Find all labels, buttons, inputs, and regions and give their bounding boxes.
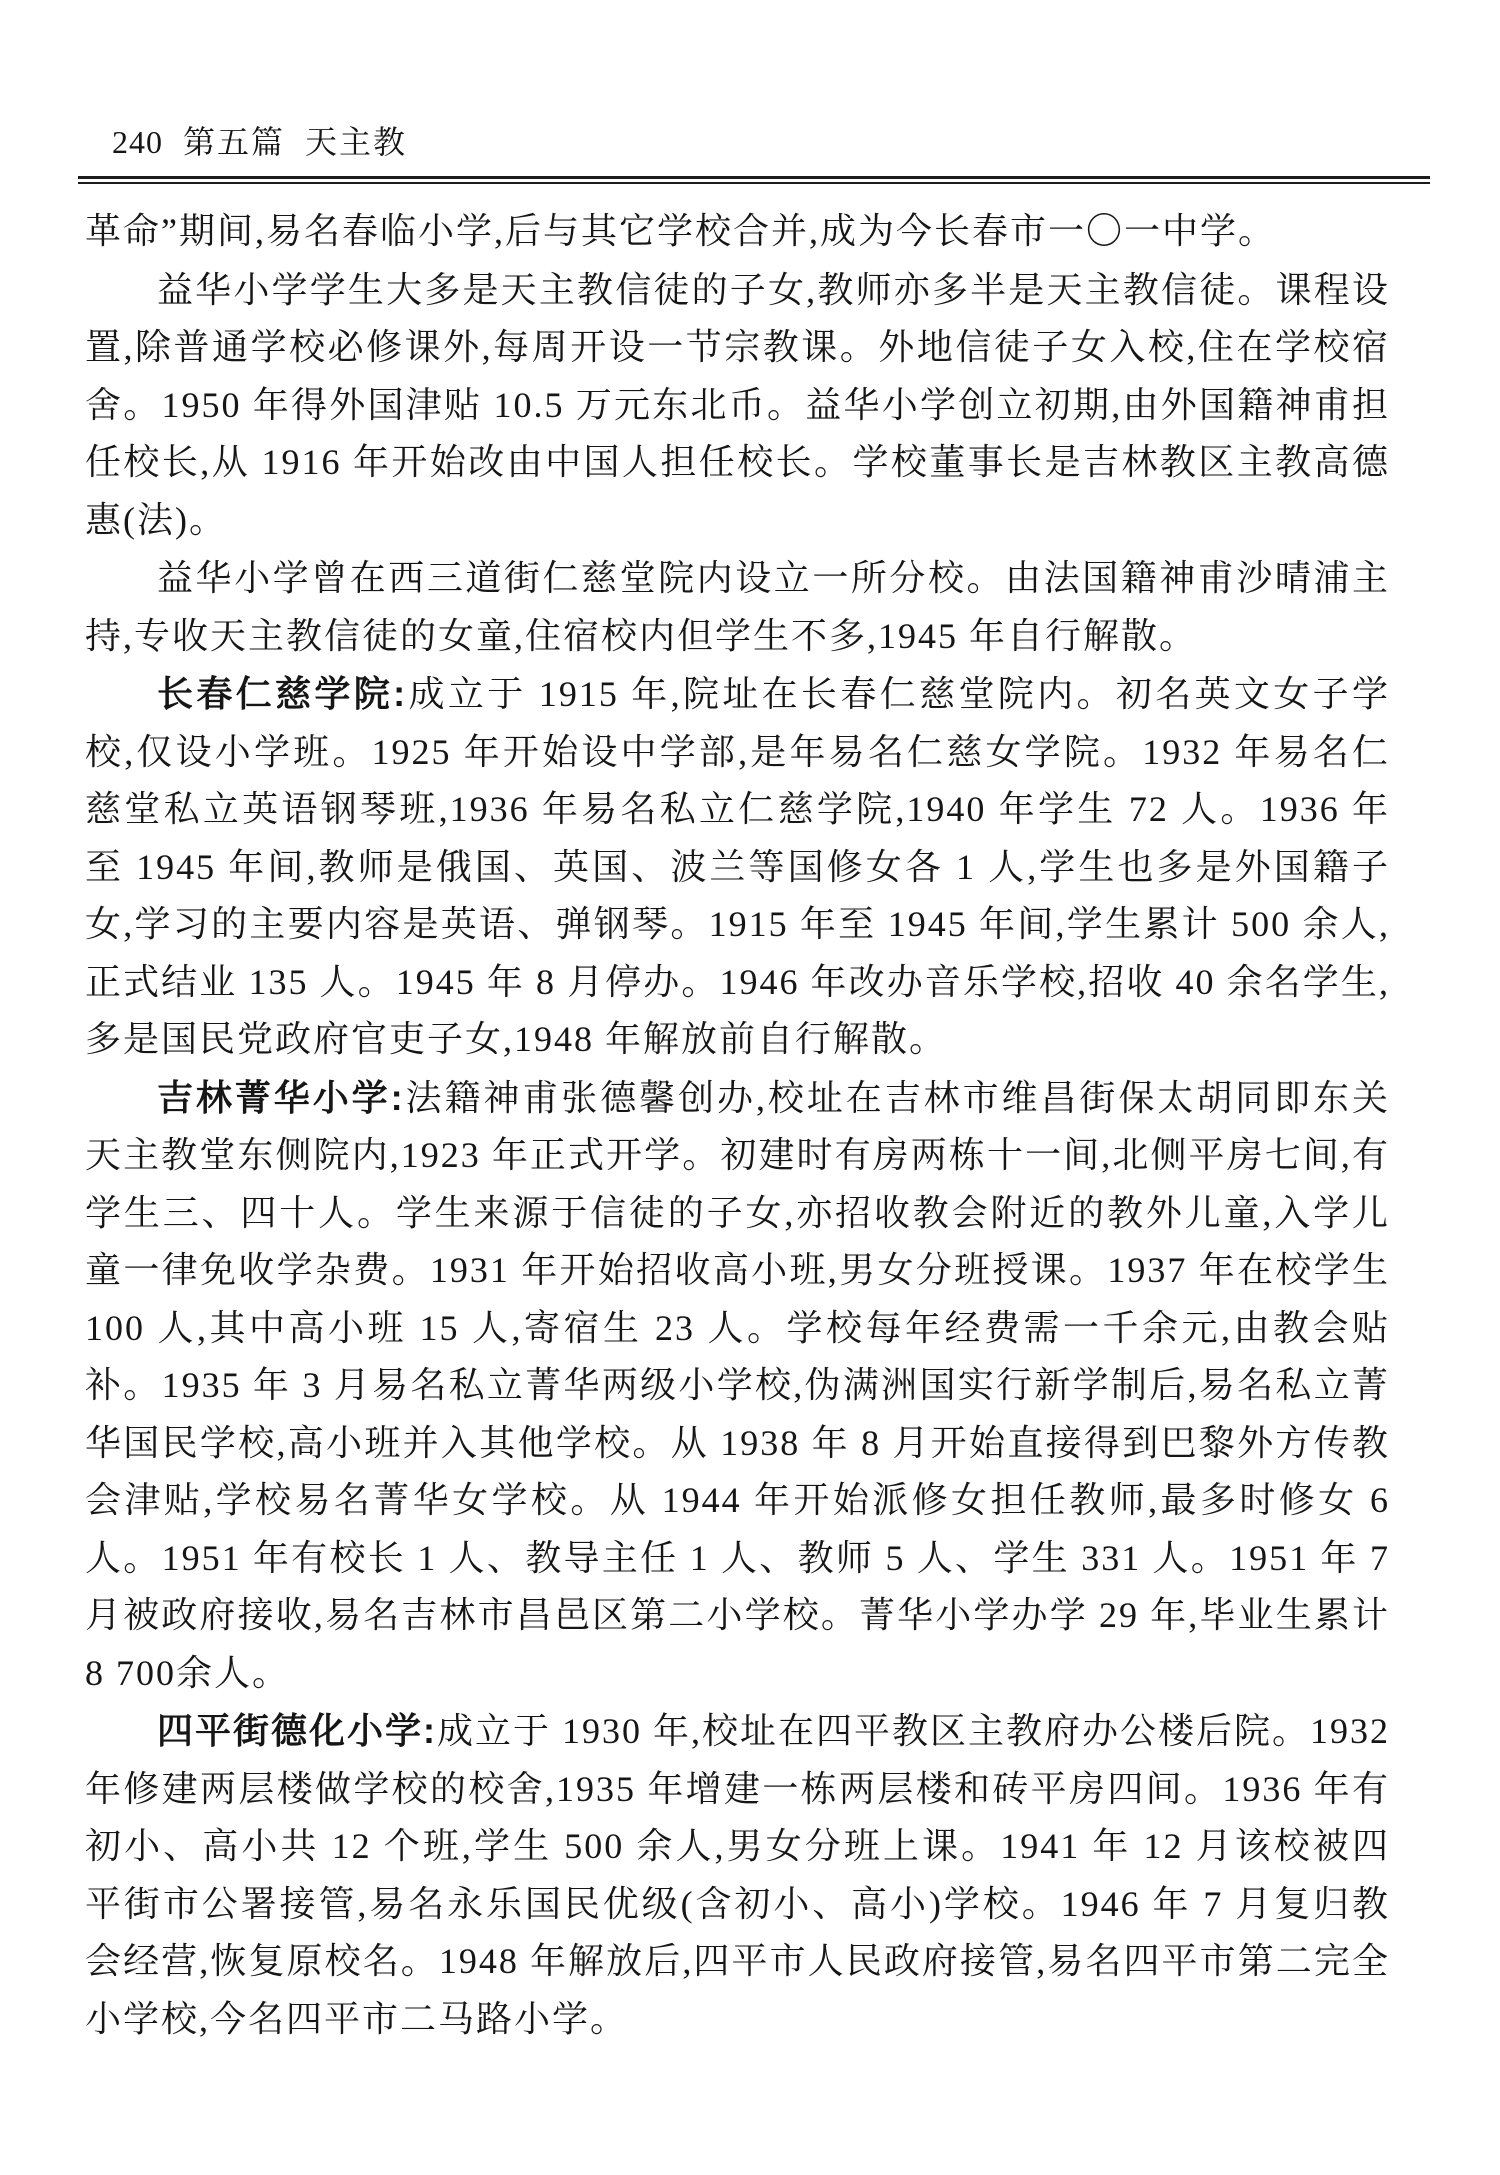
paragraph: 益华小学曾在西三道街仁慈堂院内设立一所分校。由法国籍神甫沙晴浦主持,专收天主教信… xyxy=(85,549,1390,665)
paragraph-lead: 长春仁慈学院: xyxy=(157,673,407,714)
paragraph: 四平街德化小学:成立于 1930 年,校址在四平教区主教府办公楼后院。1932 … xyxy=(85,1702,1390,2048)
body-text: 革命”期间,易名春临小学,后与其它学校合并,成为今长春市一〇一中学。 益华小学学… xyxy=(85,202,1390,2048)
paragraph: 益华小学学生大多是天主教信徒的子女,教师亦多半是天主教信徒。课程设置,除普通学校… xyxy=(85,261,1390,550)
paragraph-lead: 吉林菁华小学: xyxy=(157,1077,405,1118)
section-label: 第五篇 xyxy=(183,124,285,160)
book-page: 240 第五篇 天主教 革命”期间,易名春临小学,后与其它学校合并,成为今长春市… xyxy=(0,0,1500,2175)
header-rule xyxy=(78,176,1430,184)
running-header: 240 第五篇 天主教 xyxy=(112,124,407,160)
paragraph: 吉林菁华小学:法籍神甫张德馨创办,校址在吉林市维昌街保太胡同即东关天主教堂东侧院… xyxy=(85,1069,1390,1703)
paragraph-lead: 四平街德化小学: xyxy=(157,1710,437,1751)
paragraph: 长春仁慈学院:成立于 1915 年,院址在长春仁慈堂院内。初名英文女子学校,仅设… xyxy=(85,665,1390,1069)
page-number: 240 xyxy=(112,124,163,160)
paragraph-text: 益华小学学生大多是天主教信徒的子女,教师亦多半是天主教信徒。课程设置,除普通学校… xyxy=(85,270,1390,540)
chapter-title: 天主教 xyxy=(305,124,407,160)
paragraph-text: 革命”期间,易名春临小学,后与其它学校合并,成为今长春市一〇一中学。 xyxy=(85,211,1276,251)
paragraph-text: 法籍神甫张德馨创办,校址在吉林市维昌街保太胡同即东关天主教堂东侧院内,1923 … xyxy=(85,1078,1390,1693)
paragraph-text: 成立于 1915 年,院址在长春仁慈堂院内。初名英文女子学校,仅设小学班。192… xyxy=(85,674,1390,1059)
paragraph: 革命”期间,易名春临小学,后与其它学校合并,成为今长春市一〇一中学。 xyxy=(85,202,1390,261)
paragraph-text: 益华小学曾在西三道街仁慈堂院内设立一所分校。由法国籍神甫沙晴浦主持,专收天主教信… xyxy=(85,558,1390,656)
paragraph-text: 成立于 1930 年,校址在四平教区主教府办公楼后院。1932 年修建两层楼做学… xyxy=(85,1711,1390,2039)
